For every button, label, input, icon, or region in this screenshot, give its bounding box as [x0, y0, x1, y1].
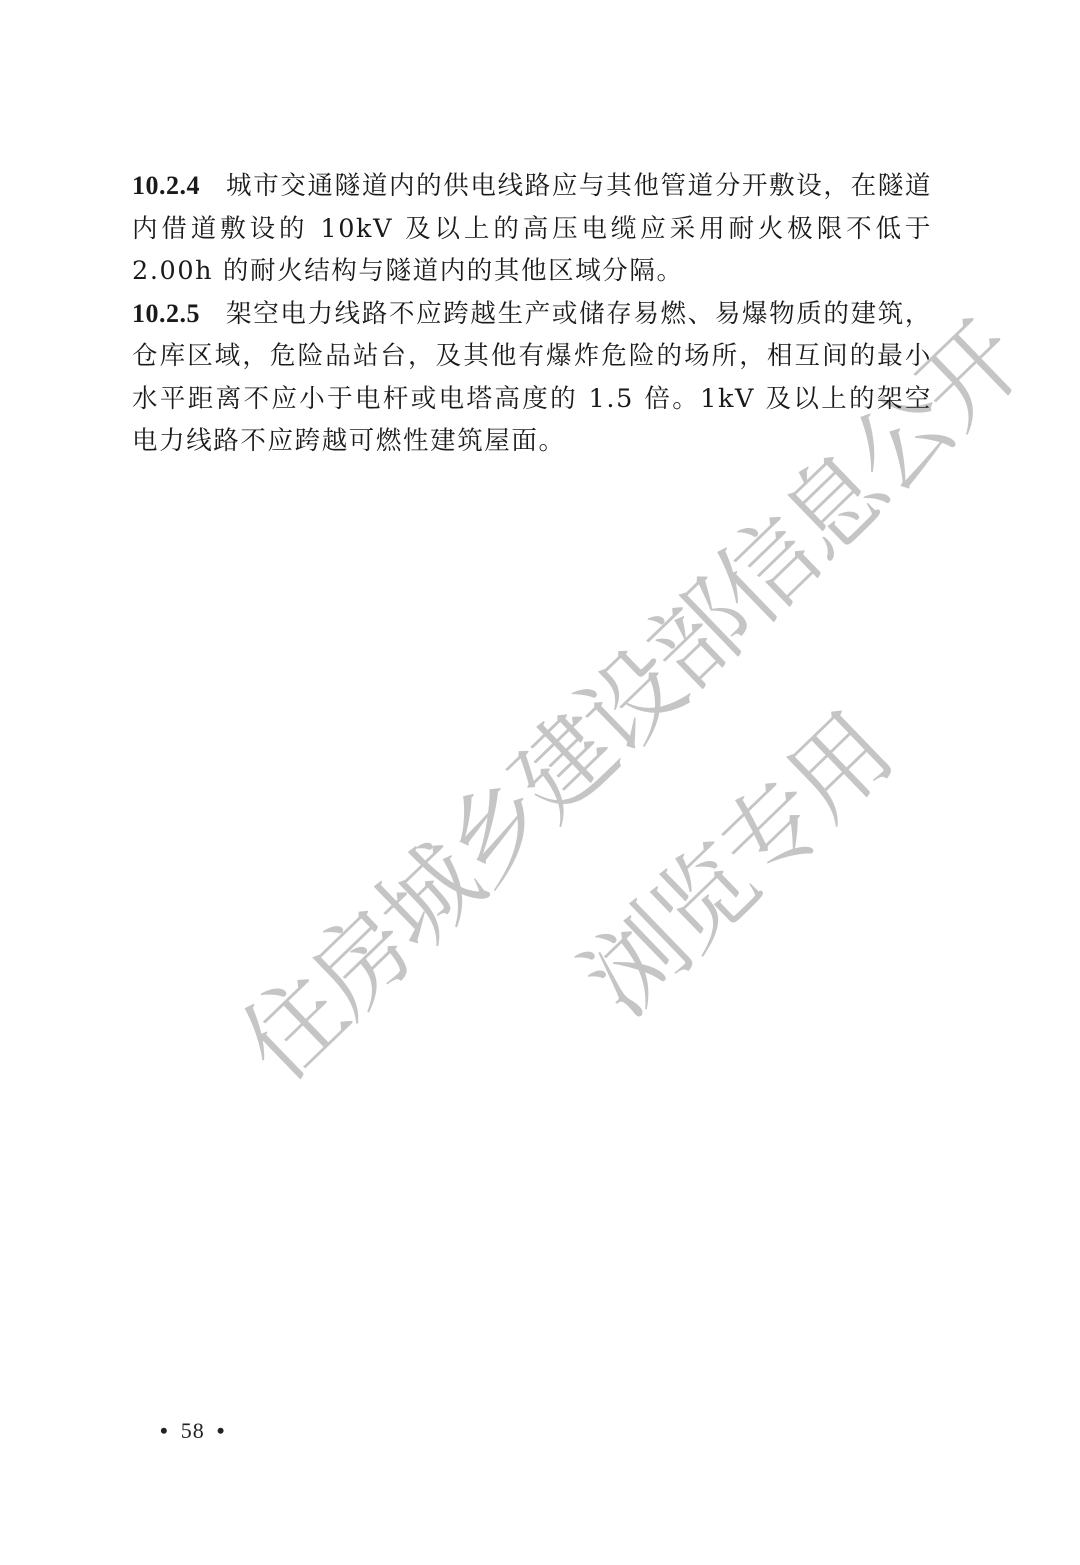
footer-bullet-left: •	[160, 1418, 169, 1443]
document-body: 10.2.4城市交通隧道内的供电线路应与其他管道分开敷设，在隧道内借道敷设的 1…	[132, 165, 932, 463]
clause-10-2-5: 10.2.5架空电力线路不应跨越生产或储存易燃、易爆物质的建筑，仓库区域，危险品…	[132, 293, 932, 463]
clause-text: 城市交通隧道内的供电线路应与其他管道分开敷设，在隧道内借道敷设的 10kV 及以…	[132, 171, 932, 286]
footer-bullet-right: •	[217, 1418, 226, 1443]
clause-10-2-4: 10.2.4城市交通隧道内的供电线路应与其他管道分开敷设，在隧道内借道敷设的 1…	[132, 165, 932, 293]
clause-text: 架空电力线路不应跨越生产或储存易燃、易爆物质的建筑，仓库区域，危险品站台，及其他…	[132, 299, 932, 457]
page-footer: •58•	[148, 1418, 237, 1444]
page-number: 58	[181, 1418, 205, 1443]
document-page: 10.2.4城市交通隧道内的供电线路应与其他管道分开敷设，在隧道内借道敷设的 1…	[0, 0, 1080, 1565]
clause-number: 10.2.4	[132, 171, 200, 200]
clause-number: 10.2.5	[132, 299, 200, 328]
watermark-line-2: 浏览专用	[548, 679, 916, 1042]
